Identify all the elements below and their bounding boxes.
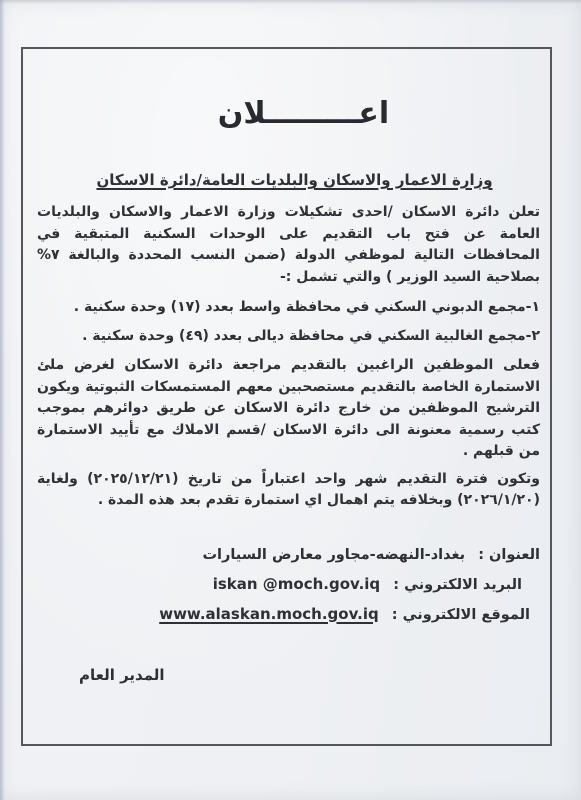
- application-period-paragraph: وتكون فترة التقديم شهر واحد اعتباراً من …: [37, 469, 540, 512]
- scanned-announcement-document: اعـــــــــلان وزارة الاعمار والاسكان وا…: [0, 0, 581, 800]
- email-line: البريد الالكتروني : iskan @moch.gov.iq: [37, 574, 522, 595]
- contact-block: العنوان : بغداد-النهضه-مجاور معارض السيا…: [37, 545, 540, 625]
- ministry-department-heading: وزارة الاعمار والاسكان والبلديات العامة/…: [43, 170, 546, 191]
- website-line: الموقع الالكتروني : www.alaskan.moch.gov…: [37, 604, 530, 625]
- housing-projects-list: ١-مجمع الدبوني السكني في محافظة واسط بعد…: [37, 297, 540, 346]
- list-item-project-1: ١-مجمع الدبوني السكني في محافظة واسط بعد…: [37, 297, 540, 317]
- website-value: www.alaskan.moch.gov.iq: [159, 604, 378, 624]
- scan-shadow-top: [0, 0, 581, 4]
- general-manager-signature: المدير العام: [37, 665, 540, 685]
- announcement-title: اعـــــــــلان: [52, 95, 555, 133]
- document-border-frame: اعـــــــــلان وزارة الاعمار والاسكان وا…: [21, 47, 552, 746]
- address-label: العنوان :: [478, 547, 540, 563]
- website-label: الموقع الالكتروني :: [392, 607, 530, 623]
- application-instructions-paragraph: فعلى الموظفين الراغبين بالتقديم مراجعة د…: [37, 355, 540, 463]
- email-value: iskan @moch.gov.iq: [213, 574, 380, 594]
- address-value: بغداد-النهضه-مجاور معارض السيارات: [202, 547, 465, 563]
- list-item-project-2: ٢-مجمع الغالبية السكني في محافظة ديالى ب…: [37, 326, 540, 346]
- address-line: العنوان : بغداد-النهضه-مجاور معارض السيا…: [37, 545, 540, 565]
- intro-paragraph: تعلن دائرة الاسكان /احدى تشكيلات وزارة ا…: [37, 202, 540, 288]
- email-label: البريد الالكتروني :: [393, 577, 522, 593]
- scan-shadow-left: [0, 0, 5, 800]
